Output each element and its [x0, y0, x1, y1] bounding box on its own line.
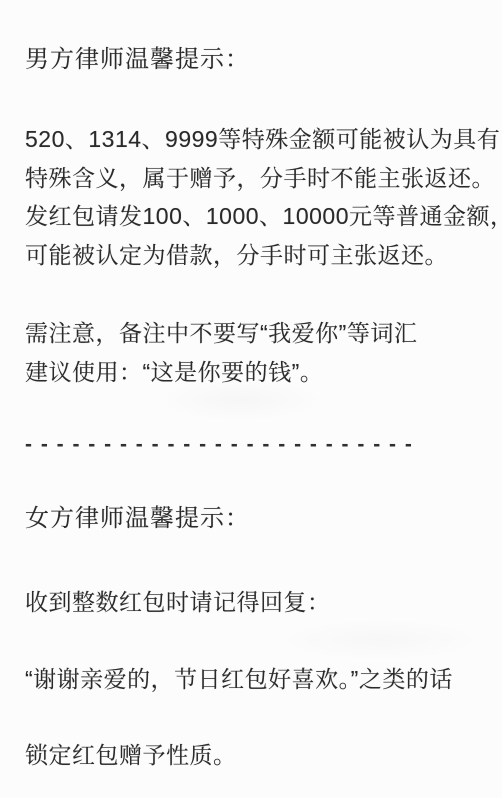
male-lawyer-tip-note: 需注意，备注中不要写“我爱你”等词汇 建议使用：“这是你要的钱”。 [25, 314, 484, 391]
female-tip-line: 锁定红包赠予性质。 [25, 736, 484, 775]
female-tip-line: “谢谢亲爱的，节日红包好喜欢。”之类的话 [25, 660, 484, 699]
male-tip-body-line: 520、1314、9999等特殊金额可能被认为具有 [25, 120, 484, 159]
section-divider: - - - - - - - - - - - - - - - - - - - - … [25, 435, 484, 455]
dashed-divider-text: - - - - - - - - - - - - - - - - - - - - … [25, 433, 413, 456]
female-tip-line: 收到整数红包时请记得回复： [25, 583, 484, 622]
male-tip-body-line: 特殊含义，属于赠予，分手时不能主张返还。 [25, 159, 484, 198]
male-tip-body-line: 发红包请发100、1000、10000元等普通金额， [25, 197, 484, 236]
male-lawyer-tip-body: 520、1314、9999等特殊金额可能被认为具有 特殊含义，属于赠予，分手时不… [25, 120, 484, 274]
male-tip-body-line: 可能被认定为借款，分手时可主张返还。 [25, 236, 484, 275]
female-lawyer-tip-title: 女方律师温馨提示： [25, 503, 484, 535]
male-lawyer-tip-title: 男方律师温馨提示： [25, 44, 484, 76]
male-tip-note-line: 建议使用：“这是你要的钱”。 [25, 353, 484, 392]
tips-note-document: 男方律师温馨提示： 520、1314、9999等特殊金额可能被认为具有 特殊含义… [0, 0, 502, 798]
male-tip-note-line: 需注意，备注中不要写“我爱你”等词汇 [25, 314, 484, 353]
